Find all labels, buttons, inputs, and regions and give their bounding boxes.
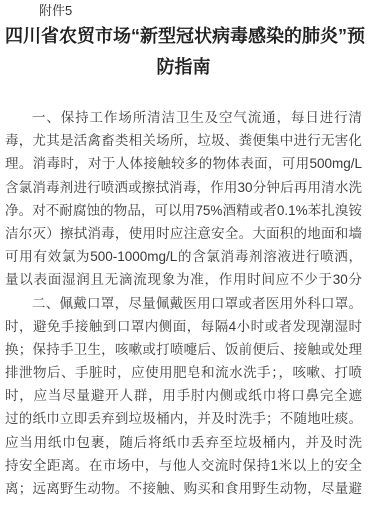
paragraph-1: 一、保持工作场所清洁卫生及空气流通，每日进行清洁、消 毒，尤其是活禽畜类相关场所… [5, 106, 362, 292]
text-line: 可用有效氯为500-1000mg/L的含氯消毒剂溶液进行喷洒，喷洒 [5, 245, 362, 268]
document-body: 一、保持工作场所清洁卫生及空气流通，每日进行清洁、消 毒，尤其是活禽畜类相关场所… [5, 106, 362, 500]
text-line: 时，避免手接触到口罩内侧面，每隔4小时或者发现潮湿时更 [5, 315, 362, 338]
attachment-label: 附件5 [39, 3, 362, 19]
text-line: 理。消毒时，对于人体接触较多的物体表面，可用500mg/L的 [5, 152, 362, 175]
text-line: 洁尔灭）擦拭消毒，使用时应注意安全。大面积的地面和墙面， [5, 222, 362, 245]
text-line: 应当用纸巾包裹，随后将纸巾丢弃至垃圾桶内，并及时洗手；保 [5, 431, 362, 454]
text-line: 净。对不耐腐蚀的物品，可以用75%酒精或者0.1%苯扎溴铵（新 [5, 199, 362, 222]
document-title-line-2: 防指南 [5, 52, 362, 83]
text-line: 持安全距离。在市场中，与他人交流时保持1米以上的安全距 [5, 454, 362, 477]
text-line: 换；保持手卫生，咳嗽或打喷嚏后、饭前便后、接触或处理动物 [5, 338, 362, 361]
document-page: 附件5 四川省农贸市场“新型冠状病毒感染的肺炎”预 防指南 一、保持工作场所清洁… [0, 0, 369, 507]
text-line: 时，应当尽量避开人群，用手肘内侧或纸巾将口鼻完全遮住。用 [5, 384, 362, 407]
text-line: 二、佩戴口罩，尽量佩戴医用口罩或者医用外科口罩。佩戴 [5, 292, 362, 315]
text-line: 含氯消毒剂进行喷洒或擦拭消毒，作用30分钟后再用清水洗 [5, 176, 362, 199]
text-line: 毒，尤其是活禽畜类相关场所，垃圾、粪便集中进行无害化处 [5, 129, 362, 152]
text-line: 量以表面湿润且无滴流现象为准，作用时间应不少于30分钟。 [5, 268, 362, 291]
text-line: 排泄物后、手脏时，应使用肥皂和流水洗手；，咳嗽、打喷嚏 [5, 361, 362, 384]
document-title: 四川省农贸市场“新型冠状病毒感染的肺炎”预 防指南 [5, 21, 362, 83]
document-title-line-1: 四川省农贸市场“新型冠状病毒感染的肺炎”预 [5, 21, 362, 52]
paragraph-2: 二、佩戴口罩，尽量佩戴医用口罩或者医用外科口罩。佩戴 时，避免手接触到口罩内侧面… [5, 292, 362, 501]
text-line: 一、保持工作场所清洁卫生及空气流通，每日进行清洁、消 [5, 106, 362, 129]
text-line: 离；远离野生动物。不接触、购买和食用野生动物，尽量避免前 [5, 477, 362, 500]
text-line: 过的纸巾立即丢弃到垃圾桶内，并及时洗手；不随地吐痰。痰液 [5, 407, 362, 430]
